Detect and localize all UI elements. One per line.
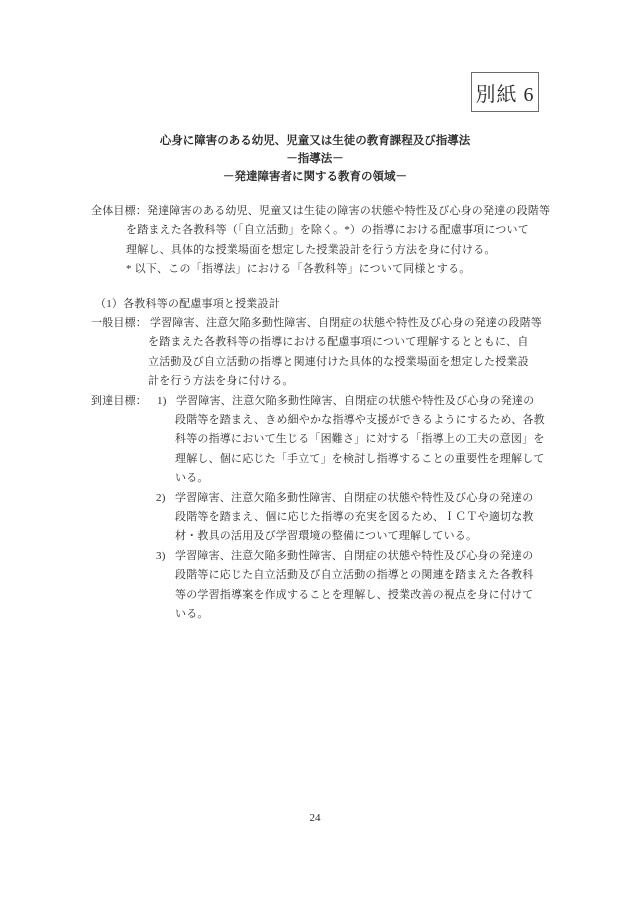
- goal-item-line: 2)学習障害、注意欠陥多動性障害、自閉症の状態や特性及び心身の発達の: [156, 491, 533, 506]
- goal-item-line: 等の学習指導案を作成することを理解し、授業改善の視点を身に付けて: [175, 588, 533, 603]
- goal-item-line: 段階等を踏まえ、個に応じた指導の充実を図るため、ＩＣＴや適切な教: [175, 510, 534, 525]
- page-number: 24: [0, 812, 630, 824]
- general-goal-label: 一般目標：: [91, 316, 147, 331]
- goal-item-line: いる。: [175, 471, 209, 486]
- goal-item-number: 2): [156, 491, 175, 506]
- goal-item-number: 3): [156, 549, 175, 564]
- attainment-goal-label: 到達目標：: [91, 394, 147, 409]
- goal-item-line: 材・教具の活用及び学習環境の整備について理解している。: [175, 529, 477, 544]
- goal-item-line: 科等の指導において生じる「困難さ」に対する「指導上の工夫の意図」を: [175, 432, 545, 447]
- overall-goal-line: 全体目標：発達障害のある幼児、児童又は生徒の障害の状態や特性及び心身の発達の段階…: [91, 204, 550, 219]
- overall-goal-line: 理解し、具体的な授業場面を想定した授業設計を行う方法を身に付ける。: [126, 243, 496, 258]
- general-goal-line: を踏まえた各教科等の指導における配慮事項について理解するとともに、自: [148, 335, 529, 350]
- attachment-label: 別紙 6: [476, 78, 535, 107]
- attainment-goal-line: 到達目標：1)学習障害、注意欠陥多動性障害、自閉症の状態や特性及び心身の発達の: [91, 394, 534, 409]
- overall-goal-text: 発達障害のある幼児、児童又は生徒の障害の状態や特性及び心身の発達の段階等: [147, 205, 550, 217]
- doc-title: 心身に障害のある幼児、児童又は生徒の教育課程及び指導法: [0, 134, 630, 149]
- goal-item-line: いる。: [175, 607, 209, 622]
- goal-item-text: 学習障害、注意欠陥多動性障害、自閉症の状態や特性及び心身の発達の: [176, 395, 534, 407]
- goal-item-text: 学習障害、注意欠陥多動性障害、自閉症の状態や特性及び心身の発達の: [175, 492, 533, 504]
- goal-item-line: 理解し、個に応じた「手立て」を検討し指導することの重要性を理解して: [175, 452, 545, 467]
- attachment-label-box: 別紙 6: [471, 72, 539, 112]
- goal-item-text: 学習障害、注意欠陥多動性障害、自閉症の状態や特性及び心身の発達の: [175, 550, 533, 562]
- general-goal-line: 計を行う方法を身に付ける。: [148, 374, 294, 389]
- goal-item-line: 段階等に応じた自立活動及び自立活動の指導との関連を踏まえた各教科: [175, 568, 533, 583]
- general-goal-text: 学習障害、注意欠陥多動性障害、自閉症の状態や特性及び心身の発達の段階等: [150, 317, 542, 329]
- goal-item-line: 3)学習障害、注意欠陥多動性障害、自閉症の状態や特性及び心身の発達の: [156, 549, 533, 564]
- general-goal-line: 一般目標：学習障害、注意欠陥多動性障害、自閉症の状態や特性及び心身の発達の段階等: [91, 316, 542, 331]
- doc-subtitle-method: －指導法－: [0, 152, 630, 167]
- goal-item-number: 1): [157, 394, 176, 409]
- general-goal-line: 立活動及び自立活動の指導と関連付けた具体的な授業場面を想定した授業設: [148, 355, 529, 370]
- document-page: 別紙 6 心身に障害のある幼児、児童又は生徒の教育課程及び指導法 －指導法－ －…: [0, 0, 630, 903]
- goal-item-line: 段階等を踏まえ、きめ細やかな指導や支援ができるようにするため、各教: [175, 413, 545, 428]
- overall-goal-label: 全体目標：: [91, 204, 147, 219]
- section-heading: （1）各教科等の配慮事項と授業設計: [95, 297, 280, 312]
- overall-goal-line: を踏まえた各教科等（「自立活動」を除く。*）の指導における配慮事項について: [126, 223, 529, 238]
- doc-subtitle-domain: －発達障害者に関する教育の領域－: [0, 170, 630, 185]
- overall-goal-footnote: * 以下、この「指導法」における「各教科等」について同様とする。: [126, 262, 470, 277]
